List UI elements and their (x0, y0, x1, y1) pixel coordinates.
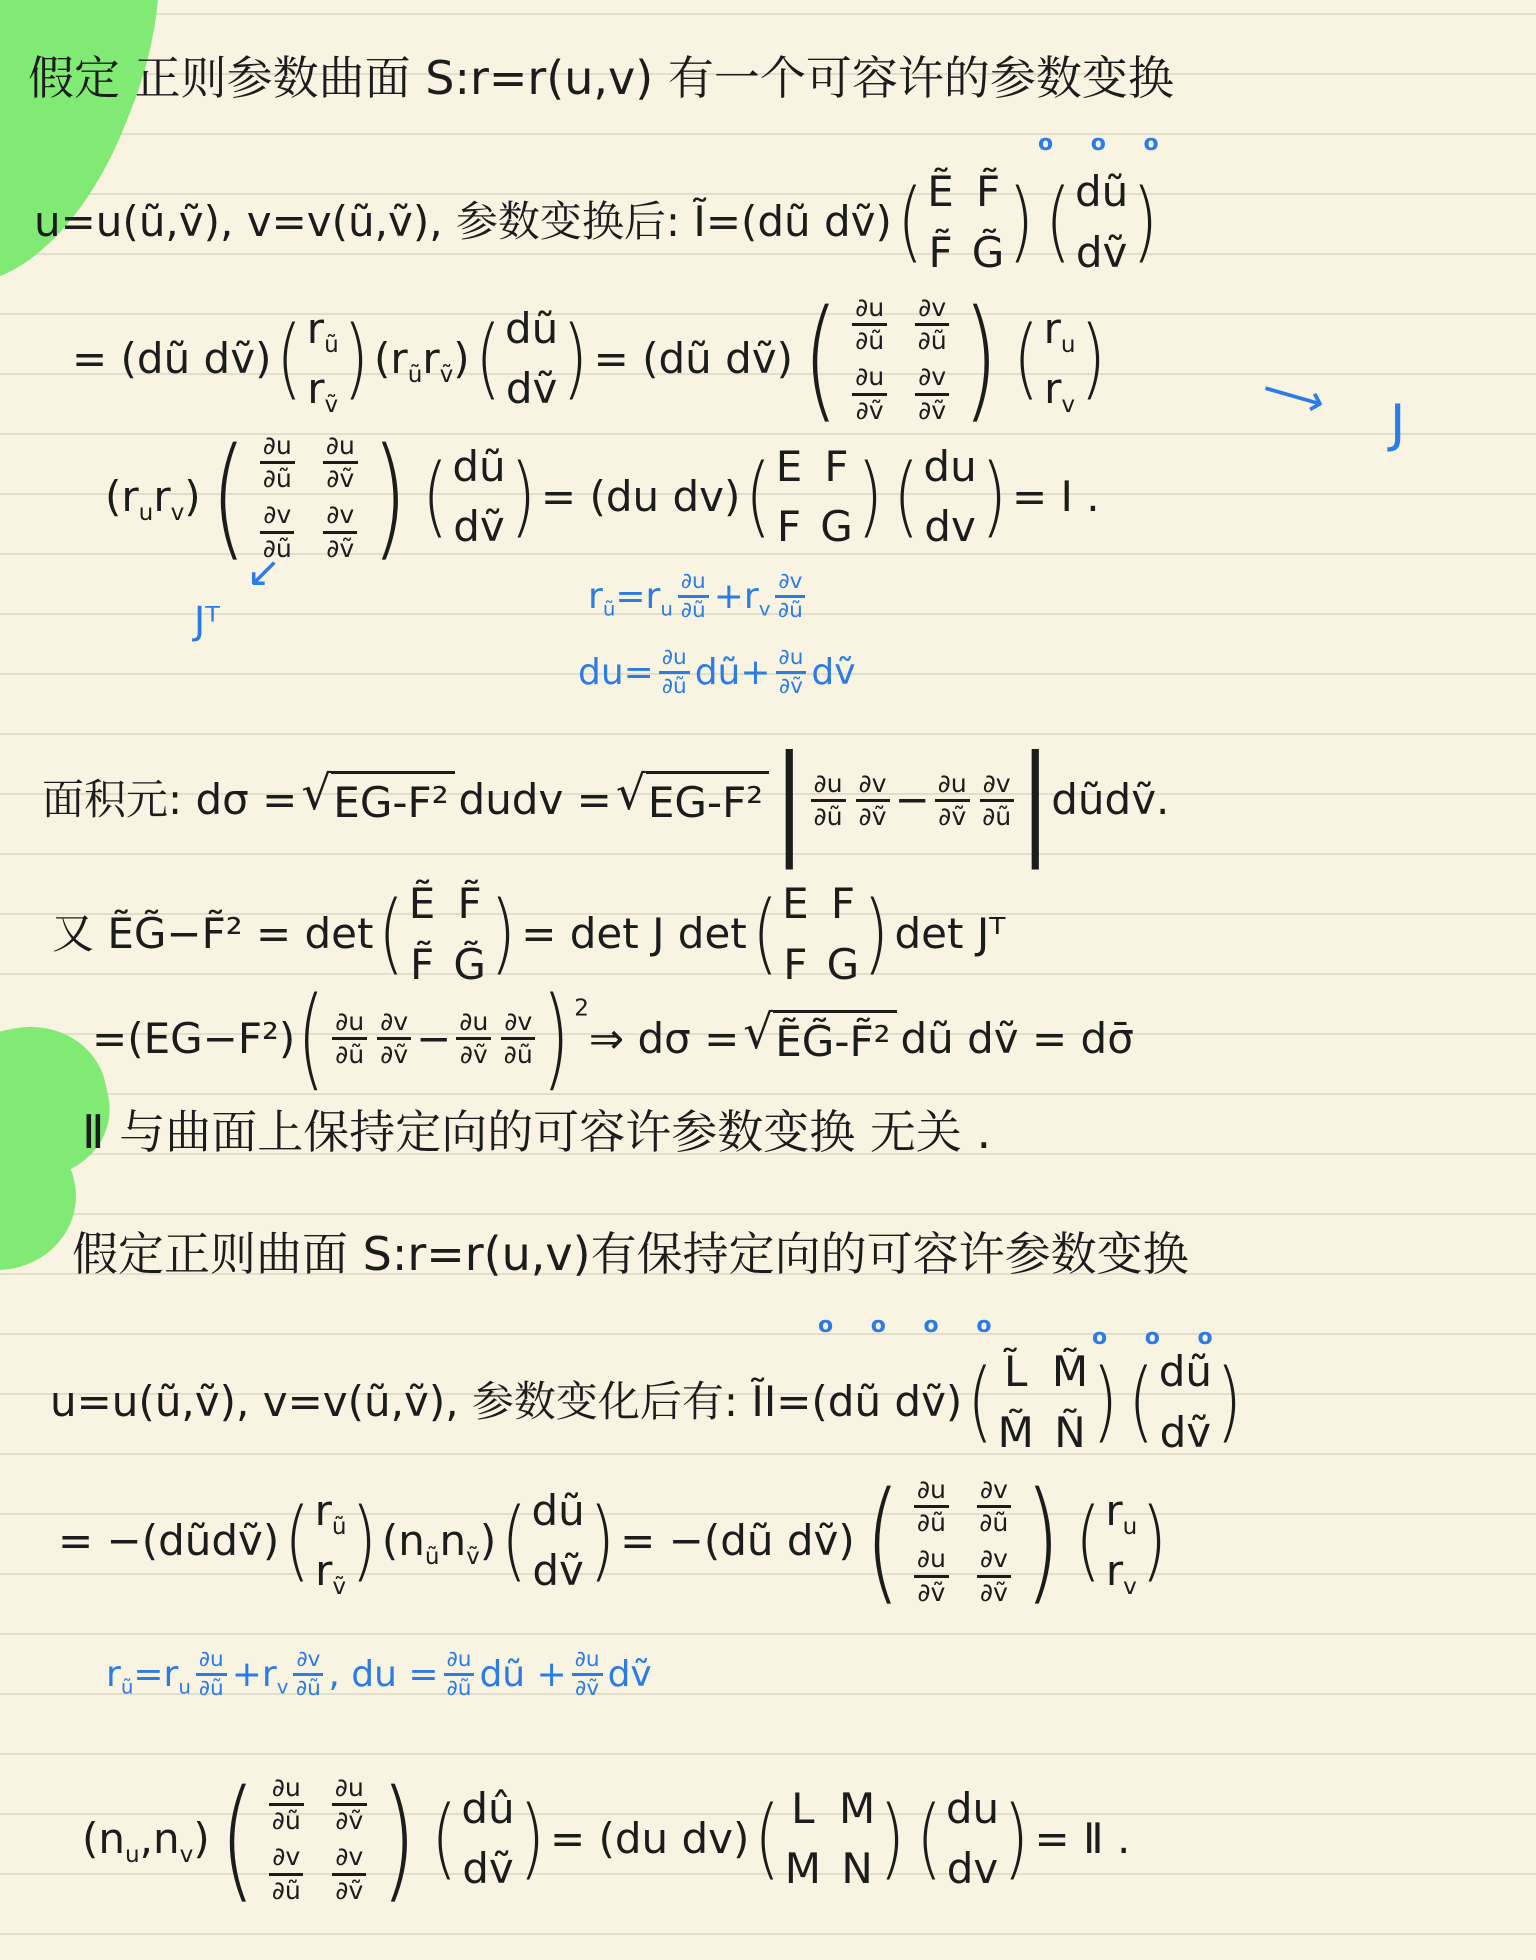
blue-dots-2: o o o o (818, 1312, 1006, 1340)
subscripted-symbol: rv (262, 1652, 289, 1697)
fraction: ∂u∂ũ (914, 1476, 949, 1537)
subscripted-symbol: rũ (106, 1652, 133, 1697)
column-vector: (rurv) (1011, 301, 1108, 418)
jt-arrow: ↙ (246, 546, 281, 599)
blue-dots-1: o o o (1038, 130, 1174, 158)
matrix-2x2: (∂u∂ũ∂v∂ũ∂u∂ṽ∂v∂ṽ) (858, 1474, 1067, 1609)
fraction: ∂u∂ũ (269, 1774, 304, 1835)
matrix-2x2: (LMMN) (752, 1781, 907, 1898)
area-element-line: 面积元: dσ = √EG-F² dudv = √EG-F²|∂u∂ũ∂v∂ṽ−… (42, 752, 1169, 849)
matrix-2x2: (EFFG) (743, 439, 885, 556)
fraction: ∂u∂ũ (678, 570, 709, 623)
matrix-2x2: (ẼF̃F̃G̃) (376, 876, 518, 993)
matrix-2x2: (L̃M̃M̃Ñ) (965, 1344, 1120, 1461)
fraction: ∂u∂ũ (260, 432, 295, 493)
square-root: √ẼG̃-F̃² (743, 1010, 896, 1069)
column-vector: (dudv) (891, 439, 1009, 556)
fraction: ∂v∂ṽ (977, 1545, 1011, 1606)
fraction: ∂u∂ũ (444, 1648, 475, 1701)
matrix-2x2: (EFFG) (750, 876, 892, 993)
formula-line-1: u=u(ũ,ṽ), v=v(ũ,ṽ), 参数变换后: Ĩ=(dũ dṽ)(ẼF̃… (34, 164, 1164, 281)
subscripted-symbol: nũ (398, 1515, 439, 1568)
column-vector: (dũdṽ) (1126, 1344, 1244, 1461)
column-vector: (dũdṽ) (473, 301, 591, 418)
fraction: ∂u∂ṽ (332, 1774, 367, 1835)
fraction: ∂u∂ṽ (935, 770, 970, 831)
j-arrow: ⟶ (1256, 360, 1332, 430)
matrix-2x2: (∂u∂ũ∂u∂ṽ∂v∂ũ∂v∂ṽ) (213, 1772, 423, 1907)
fraction: ∂u∂ṽ (776, 646, 807, 699)
column-vector: (dũdṽ) (499, 1483, 617, 1600)
subscripted-symbol: rṽ (315, 1545, 346, 1598)
invariance-line: Ⅱ 与曲面上保持定向的可容许参数变换 无关 . (82, 1104, 991, 1162)
title-line-1: 假定 正则参数曲面 S:r=r(u,v) 有一个可容许的参数变换 (28, 50, 1174, 108)
fraction: ∂v∂ũ (977, 1476, 1011, 1537)
fraction: ∂v∂ṽ (377, 1008, 411, 1069)
conclusion-line: =(EG−F²) (∂u∂ũ∂v∂ṽ−∂u∂ṽ∂v∂ũ)2 ⇒ dσ = √ẼG… (92, 998, 1134, 1080)
subscripted-symbol: nv (153, 1813, 193, 1866)
column-vector: (dûdṽ) (429, 1781, 547, 1898)
subscripted-symbol: ru (164, 1652, 191, 1697)
fraction: ∂u∂ṽ (572, 1648, 603, 1701)
formula-line-5: = −(dũdṽ) (rũrṽ)(nũ nṽ)(dũdṽ) = −(dũ dṽ)… (58, 1474, 1173, 1609)
square-root: √EG-F² (616, 771, 769, 830)
subscripted-symbol: nu (98, 1813, 139, 1866)
subscripted-symbol: ru (1105, 1485, 1137, 1538)
blue-eq-1: rũ= ru∂u∂ũ+rv∂v∂ũ (588, 570, 810, 623)
subscripted-symbol: rv (1044, 363, 1075, 416)
fraction: ∂u∂ũ (659, 646, 690, 699)
fraction: ∂u∂ṽ (456, 1008, 491, 1069)
fraction: ∂v∂ũ (775, 570, 805, 623)
subscripted-symbol: ru (1044, 303, 1076, 356)
subscripted-symbol: rũ (315, 1485, 347, 1538)
column-vector: (rũrṽ) (274, 301, 371, 418)
matrix-2x2: (∂u∂ũ∂v∂ũ∂u∂ṽ∂v∂ṽ) (796, 292, 1005, 427)
title-line-2: 假定正则曲面 S:r=r(u,v)有保持定向的可容许参数变换 (72, 1226, 1189, 1284)
formula-line-3: (ru rv) (∂u∂ũ∂u∂ṽ∂v∂ũ∂v∂ṽ)(dũdṽ) = (du d… (105, 430, 1100, 565)
fraction: ∂v∂ṽ (332, 1843, 366, 1904)
fraction: ∂v∂ũ (269, 1843, 303, 1904)
subscripted-symbol: rv (153, 471, 184, 524)
subscripted-symbol: rṽ (422, 333, 453, 386)
subscripted-symbol: rṽ (307, 363, 338, 416)
fraction: ∂u∂ũ (332, 1008, 367, 1069)
subscripted-symbol: rũ (307, 303, 339, 356)
subscripted-symbol: ru (646, 574, 673, 619)
fraction: ∂v∂ũ (980, 770, 1014, 831)
matrix-2x2: (∂u∂ũ∂u∂ṽ∂v∂ũ∂v∂ṽ) (204, 430, 414, 565)
column-vector: (dũdṽ) (1043, 164, 1161, 281)
matrix-2x2: (ẼF̃F̃G̃) (895, 164, 1037, 281)
fraction: ∂v∂ũ (501, 1008, 535, 1069)
fraction: ∂v∂ũ (915, 294, 949, 355)
formula-line-6: (nu, nv) (∂u∂ũ∂u∂ṽ∂v∂ũ∂v∂ṽ)(dûdṽ) = (du … (82, 1772, 1130, 1907)
subscripted-symbol: ru (121, 471, 153, 524)
handwritten-notes-page: 假定 正则参数曲面 S:r=r(u,v) 有一个可容许的参数变换o o ou=u… (0, 0, 1536, 1960)
fraction: ∂v∂ṽ (323, 501, 357, 562)
fraction: ∂u∂ṽ (914, 1545, 949, 1606)
subscripted-symbol: rũ (588, 574, 615, 619)
det-line: 又 ẼG̃−F̃² = det (ẼF̃F̃G̃) = det J det (E… (52, 876, 1005, 993)
subscripted-symbol: rv (744, 574, 771, 619)
column-vector: (dũdṽ) (420, 439, 538, 556)
formula-line-2: = (dũ dṽ) (rũrṽ)(rũ rṽ) (dũdṽ) = (dũ dṽ)… (72, 292, 1111, 427)
blue-eq-3: rũ=ru∂u∂ũ+rv∂v∂ũ, du = ∂u∂ũdũ + ∂u∂ṽdṽ (106, 1648, 652, 1701)
subscripted-symbol: rv (1106, 1545, 1137, 1598)
fraction: ∂v∂ũ (293, 1648, 323, 1701)
column-vector: (dudv) (914, 1781, 1032, 1898)
formula-line-4: u=u(ũ,ṽ), v=v(ũ,ṽ), 参数变化后有: ĨI=(dũ dṽ)(L… (50, 1344, 1247, 1461)
fraction: ∂v∂ṽ (856, 770, 890, 831)
jt-label: Jᵀ (194, 598, 220, 646)
fraction: ∂v∂ṽ (915, 363, 949, 424)
fraction: ∂u∂ũ (196, 1648, 227, 1701)
j-label: J (1390, 392, 1405, 457)
fraction: ∂u∂ṽ (323, 432, 358, 493)
fraction: ∂u∂ũ (852, 294, 887, 355)
blue-eq-2: du=∂u∂ũdũ+∂u∂ṽdṽ (578, 646, 856, 699)
square-root: √EG-F² (301, 771, 454, 830)
fraction: ∂u∂ũ (811, 770, 846, 831)
fraction: ∂u∂ṽ (852, 363, 887, 424)
column-vector: (rũrṽ) (282, 1483, 379, 1600)
subscripted-symbol: rũ (390, 333, 422, 386)
column-vector: (rurv) (1073, 1483, 1170, 1600)
subscripted-symbol: nṽ (440, 1515, 480, 1568)
